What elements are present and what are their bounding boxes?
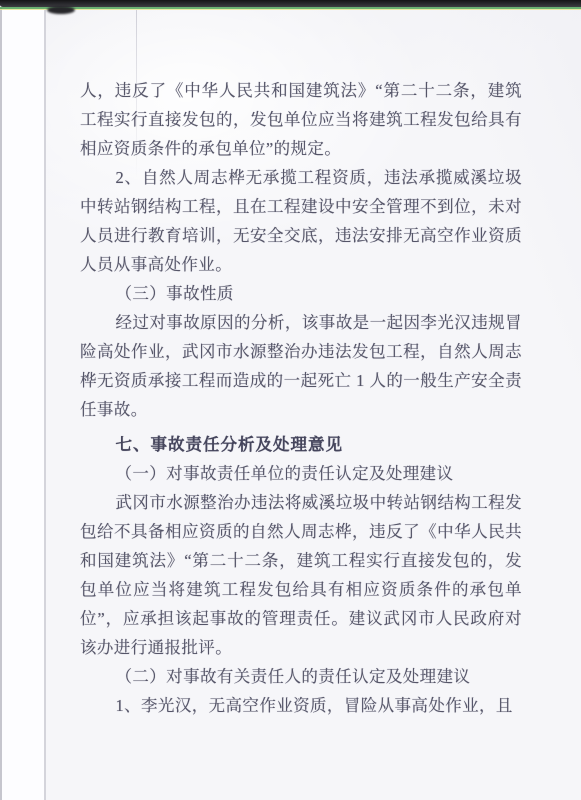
scanner-top-edge [0,0,581,7]
heading-section-seven-responsibility: 七、事故责任分析及处理意见 [80,430,522,459]
scan-artifact-yellow-line [0,9,581,10]
para-unit-responsibility-detail: 武冈市水源整治办违法将威溪垃圾中转站钢结构工程发包给不具备相应资质的自然人周志桦… [80,488,522,662]
heading-person-responsibility: （二）对事故有关责任人的责任认定及处理建议 [80,662,522,691]
document-body: 人，违反了《中华人民共和国建筑法》“第二十二条，建筑工程实行直接发包的，发包单位… [80,76,522,720]
heading-unit-responsibility: （一）对事故责任单位的责任认定及处理建议 [80,459,522,488]
heading-accident-nature: （三）事故性质 [80,279,522,308]
para-li-guanghan-responsibility: 1、李光汉，无高空作业资质，冒险从事高处作业，且 [80,691,522,720]
scanned-page: 人，违反了《中华人民共和国建筑法》“第二十二条，建筑工程实行直接发包的，发包单位… [0,0,581,800]
page-fold-crease [44,10,46,800]
para-building-law-quote-continuation: 人，违反了《中华人民共和国建筑法》“第二十二条，建筑工程实行直接发包的，发包单位… [80,76,522,163]
ink-smudge [47,6,75,14]
para-zhou-zhihua-violations: 2、自然人周志桦无承揽工程资质，违法承揽威溪垃圾中转站钢结构工程，且在工程建设中… [80,163,522,279]
page-fold-strip [2,10,44,800]
para-accident-nature-analysis: 经过对事故原因的分析，该事故是一起因李光汉违规冒险高处作业，武冈市水源整治办违法… [80,308,522,424]
